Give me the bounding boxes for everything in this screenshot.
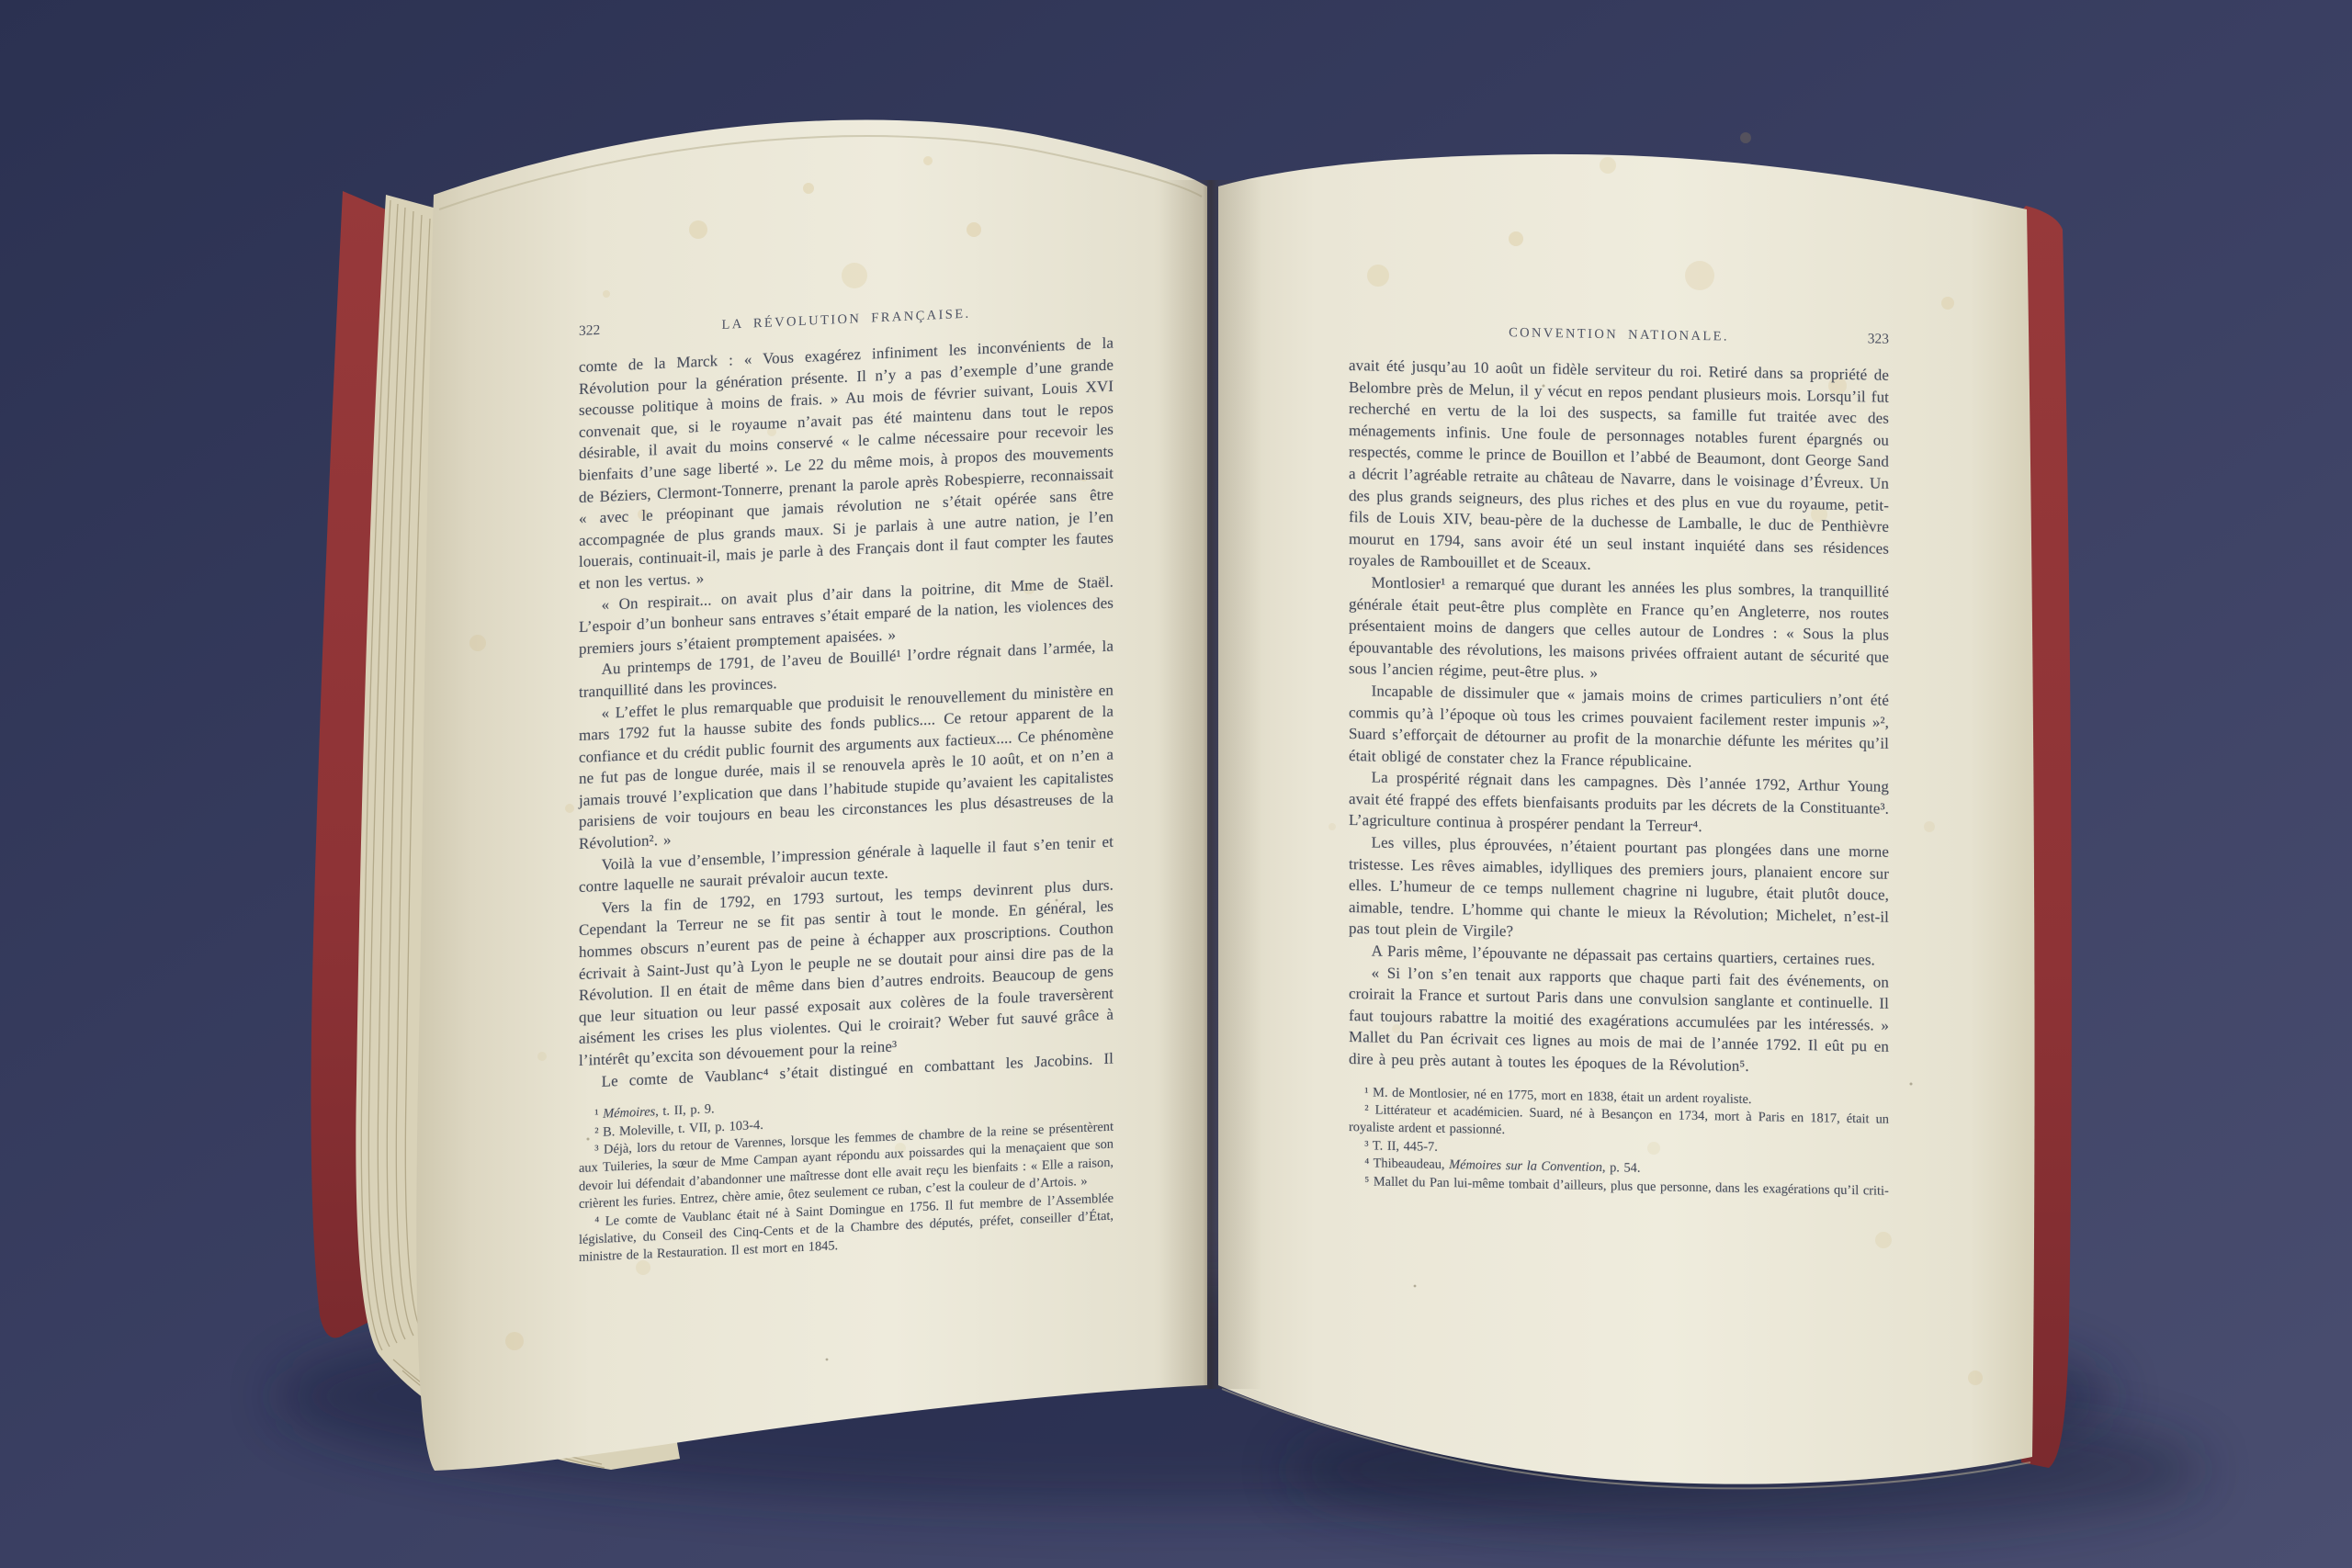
paragraph: Incapable de dissimuler que « jamais moi… bbox=[1349, 680, 1889, 776]
right-page-footnotes: ¹ M. de Montlosier, né en 1775, mort en … bbox=[1349, 1084, 1889, 1201]
paragraph: « L’effet le plus remarquable que produi… bbox=[579, 679, 1114, 855]
left-page-body: comte de la Marck : « Vous exagérez infi… bbox=[579, 333, 1114, 1094]
paragraph: Vers la fin de 1792, en 1793 surtout, le… bbox=[579, 874, 1114, 1071]
footnote-text: ¹ bbox=[594, 1107, 603, 1122]
right-page-body: avait été jusqu’au 10 août un fidèle ser… bbox=[1349, 355, 1889, 1079]
right-page-number: 323 bbox=[1841, 331, 1889, 348]
paragraph: Les villes, plus éprouvées, n’étaient po… bbox=[1349, 831, 1889, 950]
footnote-text: , t. II, p. 9. bbox=[655, 1101, 714, 1119]
footnote-text: , p. 54. bbox=[1602, 1160, 1641, 1176]
footnote-text: ³ T. II, 445-7. bbox=[1364, 1138, 1438, 1154]
left-page-content: 322 LA RÉVOLUTION FRANÇAISE. comte de la… bbox=[579, 299, 1114, 1268]
left-header-spacer bbox=[1066, 311, 1114, 313]
footnote-italic: Mémoires bbox=[603, 1104, 655, 1122]
photo-of-open-book: 322 LA RÉVOLUTION FRANÇAISE. comte de la… bbox=[0, 0, 2352, 1568]
paragraph: Montlosier¹ a remarqué que durant les an… bbox=[1349, 571, 1889, 690]
paragraph: « Si l’on s’en tenait aux rapports que c… bbox=[1349, 962, 1889, 1080]
right-header-spacer bbox=[1349, 333, 1396, 334]
footnote-text: ⁴ Thibeaudeau, bbox=[1364, 1156, 1449, 1173]
book-backdrop bbox=[0, 0, 2352, 1568]
left-page-footnotes: ¹ Mémoires, t. II, p. 9. ² B. Moleville,… bbox=[579, 1083, 1114, 1268]
paragraph: avait été jusqu’au 10 août un fidèle ser… bbox=[1349, 355, 1889, 581]
spine-gutter-shadow bbox=[1159, 180, 1262, 1389]
right-page-content: CONVENTION NATIONALE. 323 avait été jusq… bbox=[1349, 321, 1889, 1201]
left-page-number: 322 bbox=[579, 321, 627, 340]
paragraph: comte de la Marck : « Vous exagérez infi… bbox=[579, 333, 1114, 595]
paragraph: La prospérité régnait dans les campagnes… bbox=[1349, 766, 1889, 841]
footnote-italic: Mémoires sur la Convention bbox=[1449, 1157, 1602, 1175]
